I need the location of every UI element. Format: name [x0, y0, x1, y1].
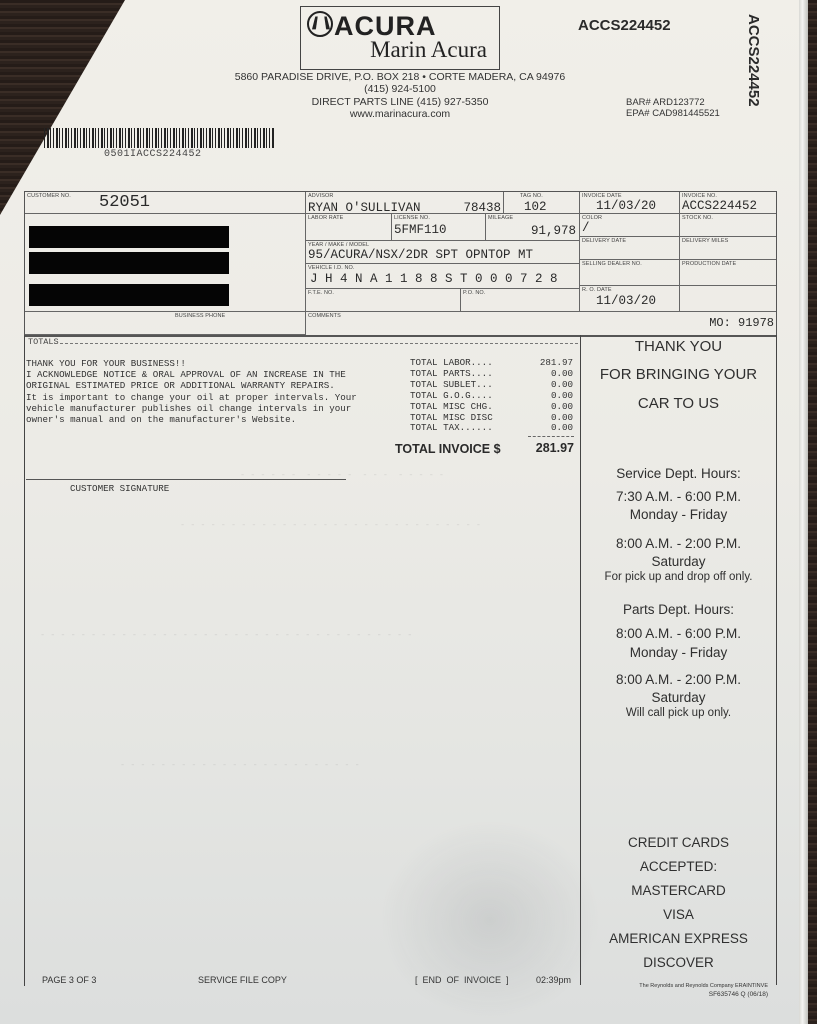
production-date-field: PRODUCTION DATE [680, 260, 776, 286]
service-saturday-note: For pick up and drop off only. [581, 571, 776, 583]
thank-you-line-1: THANK YOU [581, 338, 776, 355]
business-phone-label: BUSINESS PHONE [175, 313, 225, 319]
labor-rate-label: LABOR RATE [308, 215, 343, 221]
invoice-no-field: INVOICE NO. ACCS224452 [680, 192, 776, 214]
dealer-phone: (415) 924-5100 [200, 83, 600, 95]
totals-row-amount: 0.00 [551, 401, 573, 412]
page-indicator: PAGE 3 OF 3 [42, 975, 96, 985]
total-invoice-label: TOTAL INVOICE $ [395, 442, 501, 456]
color-value: / [582, 221, 590, 235]
totals-row-label: TOTAL SUBLET... [410, 379, 493, 390]
tag-no-label: TAG NO. [520, 193, 543, 199]
parts-weekday-days: Monday - Friday [581, 645, 776, 660]
thank-you-line-2: FOR BRINGING YOUR [581, 366, 776, 383]
totals-row: TOTAL LABOR....281.97 [410, 357, 575, 368]
totals-row: TOTAL G.O.G....0.00 [410, 390, 575, 401]
customer-no-label: CUSTOMER NO. [27, 193, 71, 199]
end-of-invoice: [ END OF INVOICE ] [415, 975, 509, 985]
totals-row-label: TOTAL MISC DISC [410, 412, 493, 423]
bar-number: BAR# ARD123772 [626, 97, 705, 108]
delivery-miles-label: DELIVERY MILES [682, 238, 728, 244]
stock-no-label: STOCK NO. [682, 215, 713, 221]
delivery-miles-field: DELIVERY MILES [680, 237, 776, 260]
year-make-model-field: YEAR / MAKE / MODEL 95/ACURA/NSX/2DR SPT… [306, 241, 580, 264]
barcode-text: 0501IACCS224452 [104, 149, 202, 160]
mileage-value: 91,978 [531, 224, 576, 238]
tag-no-value: 102 [524, 200, 547, 214]
license-no-label: LICENSE NO. [394, 215, 430, 221]
service-hours-title: Service Dept. Hours: [581, 466, 776, 481]
fte-no-label: F.T.E. NO. [308, 290, 334, 296]
invoice-number-header: ACCS224452 [578, 17, 671, 34]
delivery-date-field: DELIVERY DATE [580, 237, 680, 260]
totals-row-amount: 0.00 [551, 368, 573, 379]
license-no-field: LICENSE NO. 5FMF110 [392, 214, 486, 241]
dealer-info-panel: THANK YOU FOR BRINGING YOUR CAR TO US Se… [580, 335, 777, 985]
dealer-parts-line: DIRECT PARTS LINE (415) 927-5350 [200, 96, 600, 108]
mileage-field: MILEAGE 91,978 [486, 214, 580, 241]
selling-dealer-no-field: SELLING DEALER NO. [580, 260, 680, 286]
card-discover: DISCOVER [581, 955, 776, 970]
credit-cards-accepted: ACCEPTED: [581, 859, 776, 874]
delivery-date-label: DELIVERY DATE [582, 238, 626, 244]
parts-saturday-day: Saturday [581, 690, 776, 705]
totals-row-amount: 281.97 [540, 357, 573, 368]
dashed-divider [60, 343, 578, 344]
invoice-no-value: ACCS224452 [682, 199, 757, 213]
credit-cards-title: CREDIT CARDS [581, 835, 776, 850]
paper-edge [799, 0, 808, 1024]
year-make-model-value: 95/ACURA/NSX/2DR SPT OPNTOP MT [308, 248, 533, 262]
color-field: COLOR / [580, 214, 680, 237]
dealer-name: Marin Acura [370, 37, 487, 63]
totals-row-label: TOTAL PARTS.... [410, 368, 493, 379]
customer-address-field [25, 214, 306, 312]
acura-caliper-icon [307, 11, 333, 37]
dealer-logo-box: ACURA Marin Acura [300, 6, 500, 70]
totals-row: TOTAL MISC CHG.0.00 [410, 401, 575, 412]
totals-row-amount: 0.00 [551, 379, 573, 390]
service-saturday-day: Saturday [581, 554, 776, 569]
comments-field: COMMENTS MO: 91978 [306, 312, 776, 335]
production-date-label: PRODUCTION DATE [682, 261, 736, 267]
tag-no-field: TAG NO. 102 [504, 192, 580, 214]
customer-no-field: CUSTOMER NO. 52051 [25, 192, 306, 214]
po-no-label: P.O. NO. [463, 290, 485, 296]
dealer-website: www.marinacura.com [200, 108, 600, 120]
blank-field [680, 286, 776, 312]
totals-row-label: TOTAL LABOR.... [410, 357, 493, 368]
card-mastercard: MASTERCARD [581, 883, 776, 898]
card-visa: VISA [581, 907, 776, 922]
invoice-number-vertical: ACCS224452 [742, 14, 782, 124]
thank-you-line-3: CAR TO US [581, 395, 776, 412]
totals-row-label: TOTAL TAX...... [410, 422, 493, 433]
show-through-text: - - - - - - - - - - - - - - - - - - - [240, 470, 444, 480]
selling-dealer-no-label: SELLING DEALER NO. [582, 261, 642, 267]
advisor-field: ADVISOR RYAN O'SULLIVAN 78438 [306, 192, 504, 214]
parts-hours-title: Parts Dept. Hours: [581, 602, 776, 617]
license-no-value: 5FMF110 [394, 223, 447, 237]
advisor-label: ADVISOR [308, 193, 333, 199]
mileage-label: MILEAGE [488, 215, 513, 221]
customer-notice: THANK YOU FOR YOUR BUSINESS!! I ACKNOWLE… [26, 358, 357, 425]
advisor-id: 78438 [463, 201, 501, 215]
barcode [44, 128, 274, 148]
parts-saturday-hours: 8:00 A.M. - 2:00 P.M. [581, 672, 776, 687]
totals-row-label: TOTAL G.O.G.... [410, 390, 493, 401]
totals-label: TOTALS [28, 337, 59, 347]
business-phone-field: BUSINESS PHONE [25, 312, 306, 335]
dealer-address: 5860 PARADISE DRIVE, P.O. BOX 218 • CORT… [200, 71, 600, 83]
total-invoice-amount: 281.97 [520, 441, 574, 455]
epa-number: EPA# CAD981445521 [626, 108, 720, 119]
totals-row-amount: 0.00 [551, 390, 573, 401]
ro-date-label: R. O. DATE [582, 287, 612, 293]
ro-date-field: R. O. DATE 11/03/20 [580, 286, 680, 312]
customer-no-value: 52051 [99, 193, 150, 212]
totals-row: TOTAL PARTS....0.00 [410, 368, 575, 379]
show-through-text: - - - - - - - - - - - - - - - - - - - - … [40, 630, 412, 640]
mo-number: MO: 91978 [709, 316, 774, 330]
fte-no-field: F.T.E. NO. [306, 289, 461, 312]
labor-rate-field: LABOR RATE [306, 214, 392, 241]
totals-row: TOTAL MISC DISC0.00 [410, 412, 575, 423]
redacted-block [29, 226, 229, 248]
comments-label: COMMENTS [308, 313, 341, 319]
totals-row: TOTAL SUBLET...0.00 [410, 379, 575, 390]
print-time: 02:39pm [536, 975, 571, 985]
totals-row-label: TOTAL MISC CHG. [410, 401, 493, 412]
vin-label: VEHICLE I.D. NO. [308, 265, 355, 271]
totals-row-amount: 0.00 [551, 412, 573, 423]
printer-credit: The Reynolds and Reynolds Company ERAINT… [618, 983, 768, 989]
invoice-header-form: CUSTOMER NO. 52051 BUSINESS PHONE ADVISO… [24, 191, 777, 337]
invoice-date-value: 11/03/20 [596, 199, 656, 213]
po-no-field: P.O. NO. [461, 289, 580, 312]
copy-type: SERVICE FILE COPY [198, 975, 287, 985]
customer-signature-label: CUSTOMER SIGNATURE [70, 483, 169, 494]
stock-no-field: STOCK NO. [680, 214, 776, 237]
service-weekday-days: Monday - Friday [581, 507, 776, 522]
totals-row-amount: 0.00 [551, 422, 573, 433]
service-weekday-hours: 7:30 A.M. - 6:00 P.M. [581, 489, 776, 504]
service-saturday-hours: 8:00 A.M. - 2:00 P.M. [581, 536, 776, 551]
invoice-date-field: INVOICE DATE 11/03/20 [580, 192, 680, 214]
redacted-block [29, 252, 229, 274]
ro-date-value: 11/03/20 [596, 294, 656, 308]
vin-field: VEHICLE I.D. NO. J H 4 N A 1 1 8 8 S T 0… [306, 264, 580, 289]
show-through-text: - - - - - - - - - - - - - - - - - - - - … [180, 520, 481, 530]
totals-divider [528, 436, 574, 437]
parts-saturday-note: Will call pick up only. [581, 707, 776, 719]
form-number: SF635746 Q (06/18) [618, 991, 768, 998]
card-american-express: AMERICAN EXPRESS [581, 931, 776, 946]
parts-weekday-hours: 8:00 A.M. - 6:00 P.M. [581, 626, 776, 641]
vin-value: J H 4 N A 1 1 8 8 S T 0 0 0 7 2 8 [310, 272, 558, 286]
show-through-text: - - - - - - - - - - - - - - - - - - - - … [120, 760, 360, 770]
advisor-value: RYAN O'SULLIVAN [308, 201, 421, 215]
redacted-block [29, 284, 229, 306]
invoice-number-vertical-text: ACCS224452 [745, 14, 762, 107]
totals-row: TOTAL TAX......0.00 [410, 422, 575, 433]
